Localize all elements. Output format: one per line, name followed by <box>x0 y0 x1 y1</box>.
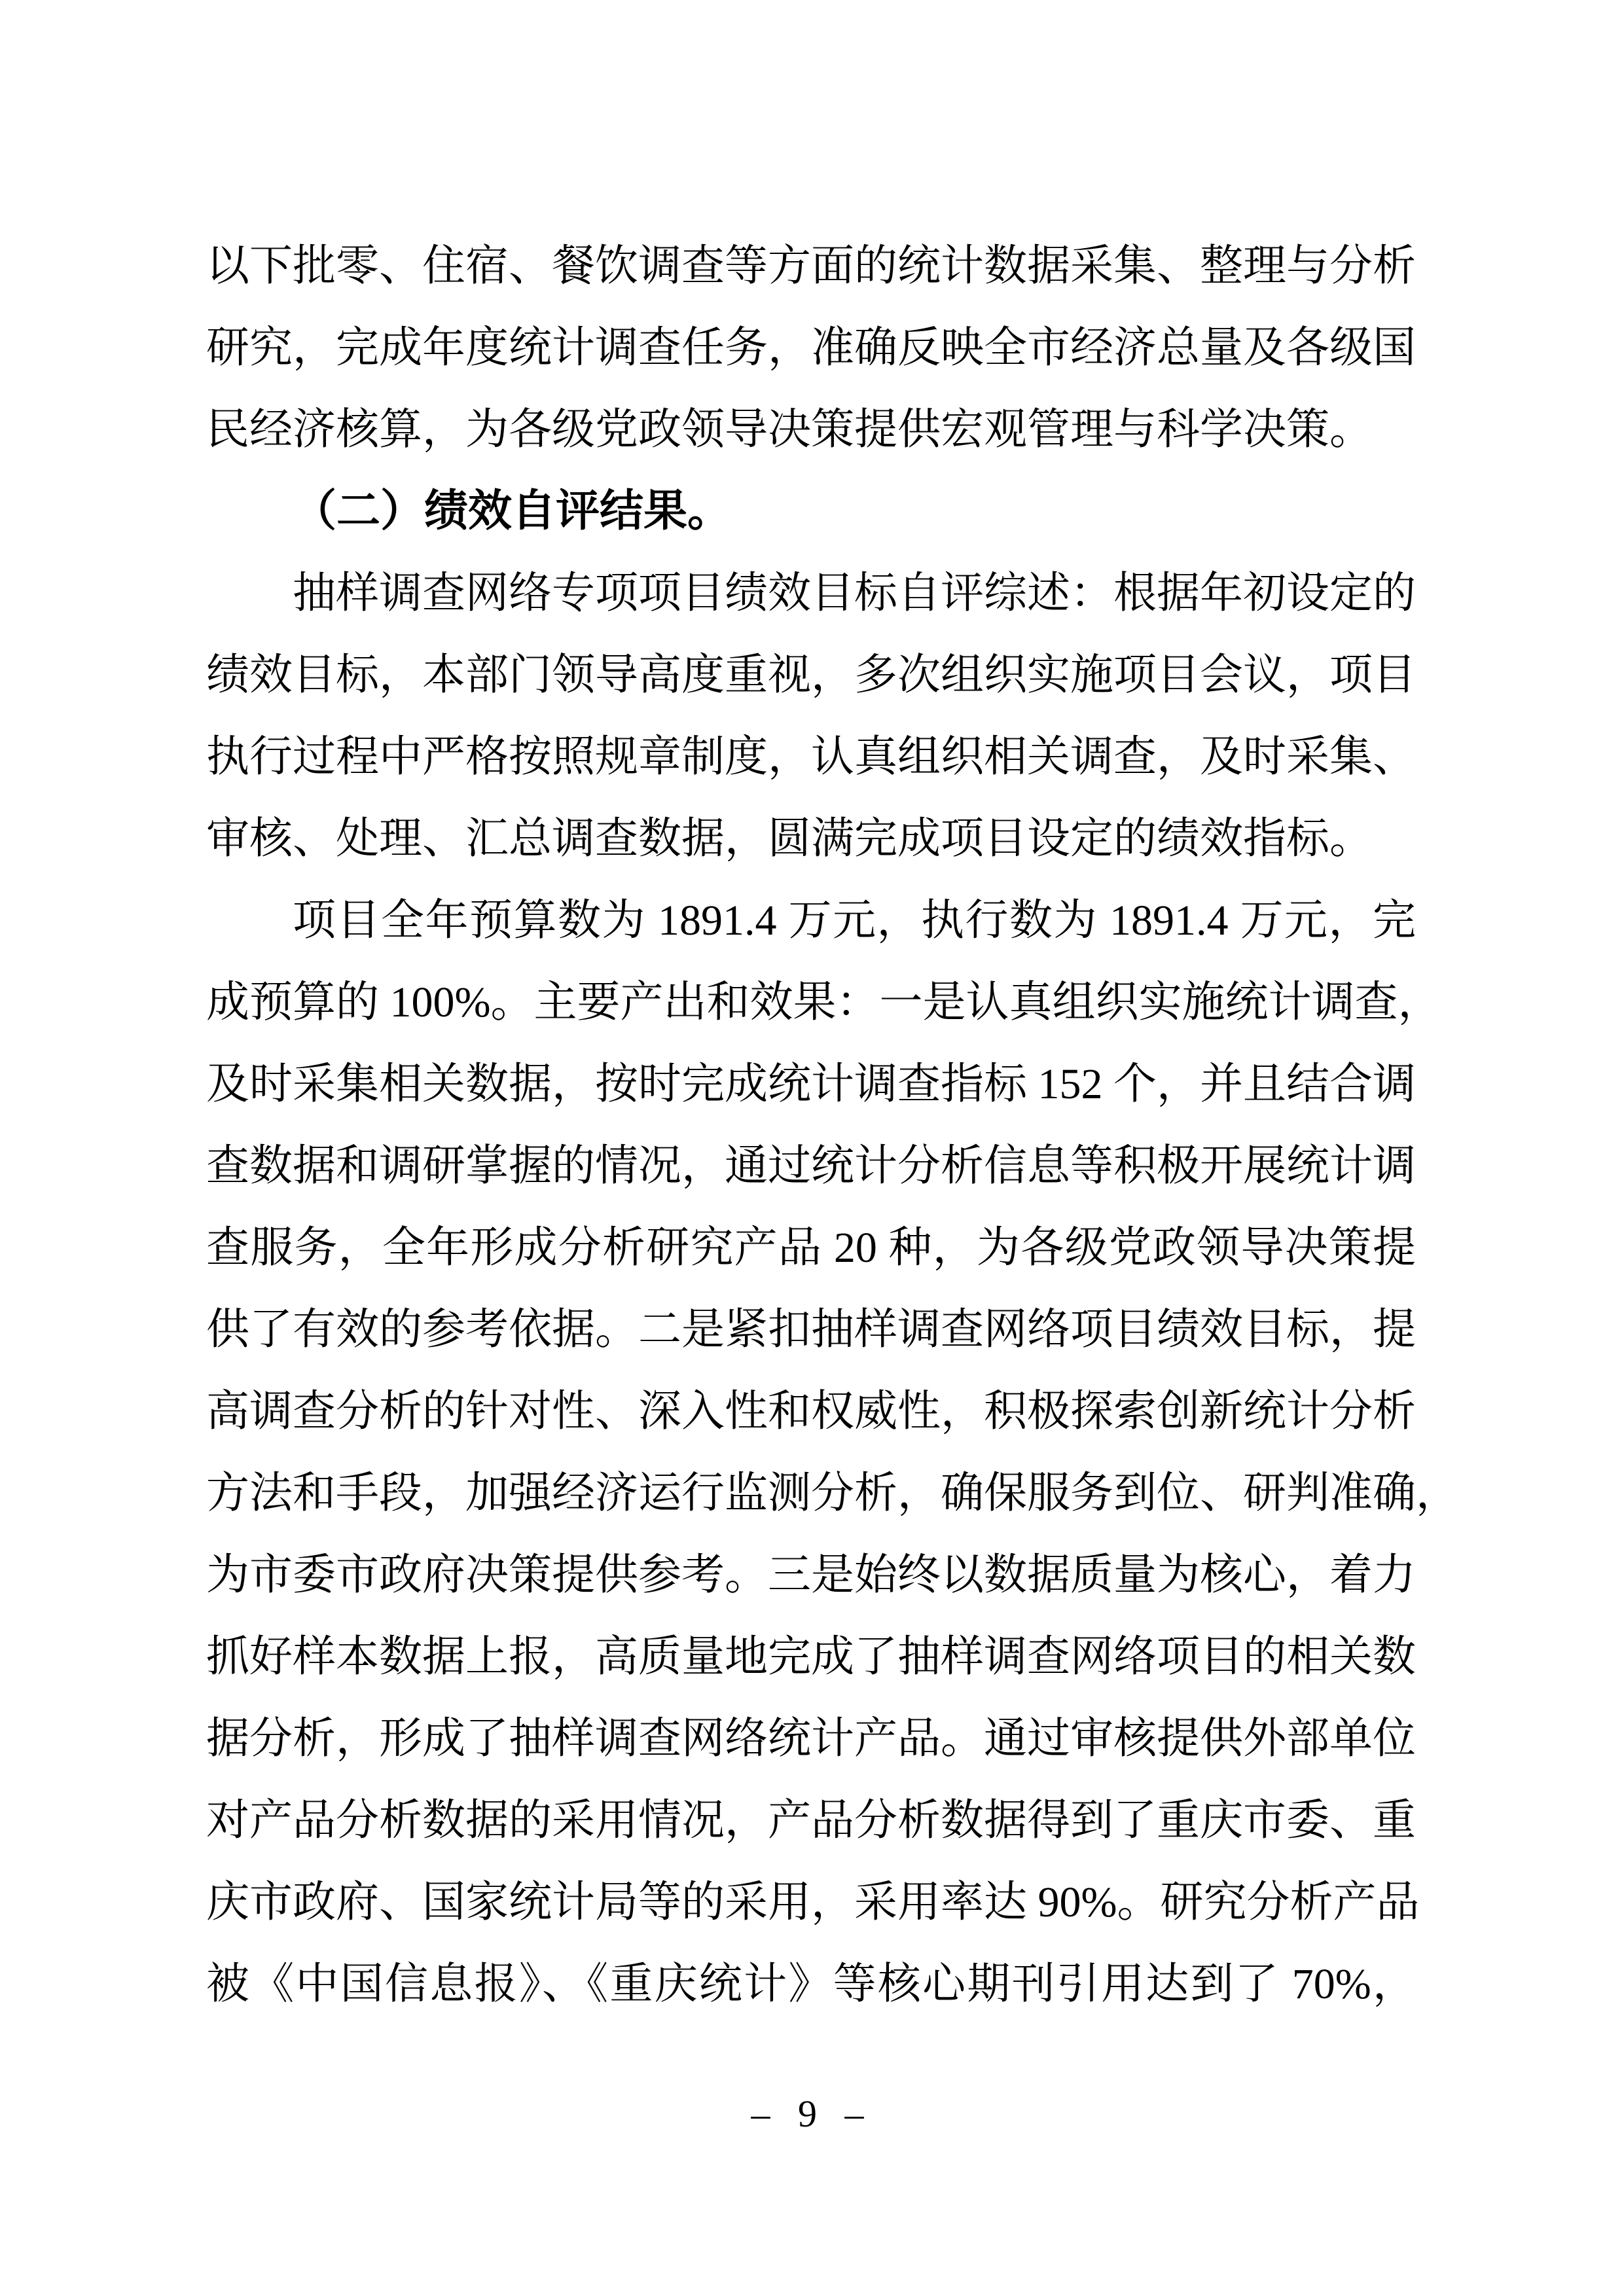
text-line: 对产品分析数据的采用情况，产品分析数据得到了重庆市委、重 <box>206 1780 1416 1861</box>
text-line: 供了有效的参考依据。二是紧扣抽样调查网络项目绩效目标，提 <box>206 1289 1416 1371</box>
text-line: 方法和手段，加强经济运行监测分析，确保服务到位、研判准确， <box>206 1452 1416 1534</box>
page-number: – 9 – <box>0 2081 1624 2147</box>
text-line: 以下批零、住宿、餐饮调查等方面的统计数据采集、整理与分析 <box>206 225 1416 307</box>
page-body: 以下批零、住宿、餐饮调查等方面的统计数据采集、整理与分析 研究，完成年度统计调查… <box>206 225 1416 2025</box>
text-line: 执行过程中严格按照规章制度，认真组织相关调查，及时采集、 <box>206 716 1416 798</box>
text-line: 高调查分析的针对性、深入性和权威性，积极探索创新统计分析 <box>206 1371 1416 1452</box>
text-line: 民经济核算，为各级党政领导决策提供宏观管理与科学决策。 <box>206 389 1416 471</box>
text-line: 及时采集相关数据，按时完成统计调查指标 152 个，并且结合调 <box>206 1043 1416 1125</box>
text-line: 成预算的 100%。主要产出和效果：一是认真组织实施统计调查， <box>206 961 1416 1043</box>
text-line: 抓好样本数据上报，高质量地完成了抽样调查网络项目的相关数 <box>206 1616 1416 1698</box>
text-line: 查数据和调研掌握的情况，通过统计分析信息等积极开展统计调 <box>206 1125 1416 1207</box>
text-line: 审核、处理、汇总调查数据，圆满完成项目设定的绩效指标。 <box>206 798 1416 880</box>
text-line: 项目全年预算数为 1891.4 万元，执行数为 1891.4 万元，完 <box>206 880 1416 961</box>
section-heading: （二）绩效自评结果。 <box>206 471 1416 552</box>
text-line: 查服务，全年形成分析研究产品 20 种，为各级党政领导决策提 <box>206 1207 1416 1289</box>
text-line: 研究，完成年度统计调查任务，准确反映全市经济总量及各级国 <box>206 307 1416 389</box>
text-line: 抽样调查网络专项项目绩效目标自评综述：根据年初设定的 <box>206 552 1416 634</box>
text-line: 庆市政府、国家统计局等的采用，采用率达 90%。研究分析产品 <box>206 1861 1416 1943</box>
text-line: 绩效目标，本部门领导高度重视，多次组织实施项目会议，项目 <box>206 634 1416 716</box>
document-page: 以下批零、住宿、餐饮调查等方面的统计数据采集、整理与分析 研究，完成年度统计调查… <box>0 0 1624 2296</box>
text-line: 据分析，形成了抽样调查网络统计产品。通过审核提供外部单位 <box>206 1698 1416 1780</box>
text-line: 被《中国信息报》、《重庆统计》等核心期刊引用达到了 70%， <box>206 1943 1416 2025</box>
text-line: 为市委市政府决策提供参考。三是始终以数据质量为核心，着力 <box>206 1534 1416 1616</box>
